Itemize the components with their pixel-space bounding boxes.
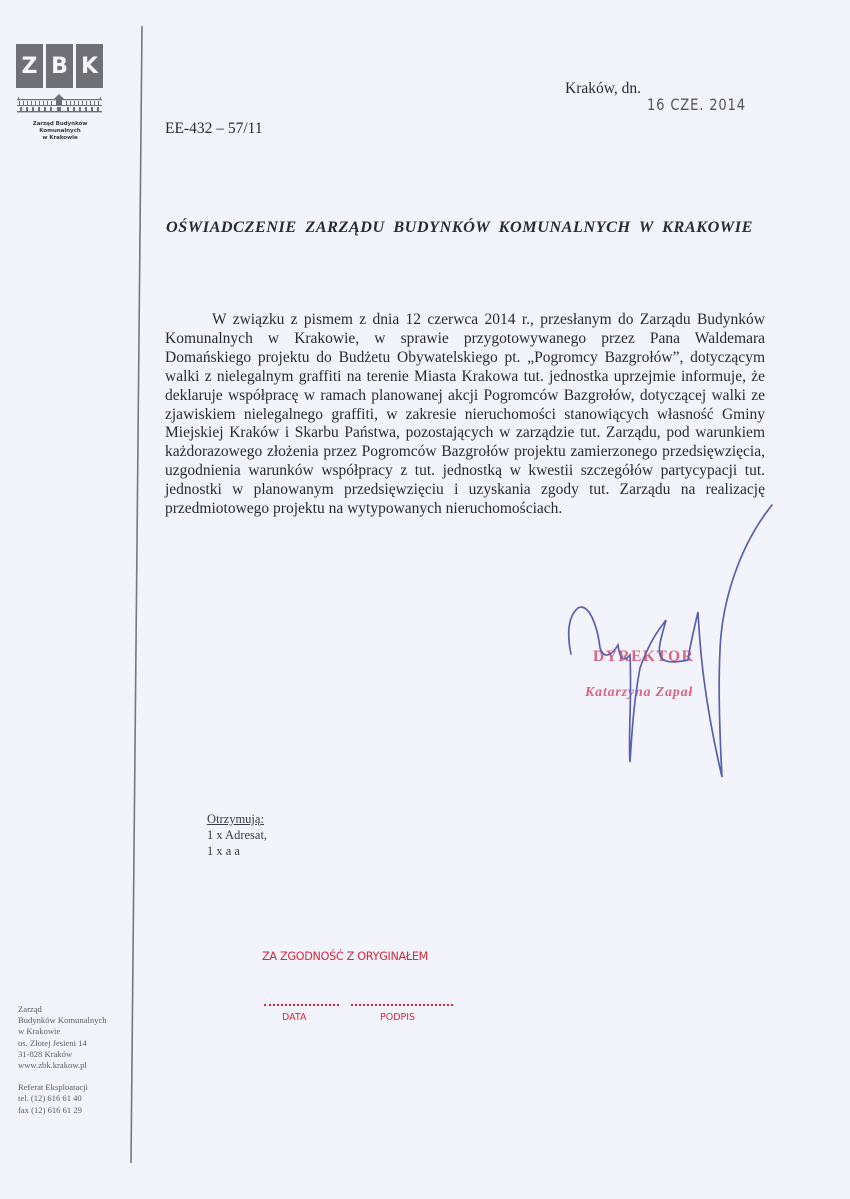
logo-caption: Zarząd Budynków Komunalnych w Krakowie <box>16 121 104 142</box>
address-line: 31-828 Kraków <box>18 1049 128 1060</box>
address-line: Zarząd <box>18 1004 128 1015</box>
address-line: os. Złotej Jesieni 14 <box>18 1038 128 1049</box>
document-title: OŚWIADCZENIE ZARZĄDU BUDYNKÓW KOMUNALNYC… <box>166 218 753 237</box>
certified-copy-title: ZA ZGODNOŚĆ Z ORYGINAŁEM <box>262 950 428 963</box>
signature-dotted-line <box>351 1004 453 1006</box>
footer-address: Zarząd Budynków Komunalnych w Krakowie o… <box>18 1004 128 1116</box>
fax-number: fax (12) 616 61 29 <box>18 1105 128 1116</box>
building-illustration-icon <box>16 94 103 114</box>
recipient-item: 1 x a a <box>207 843 267 859</box>
director-stamp-title: DYREKTOR <box>593 648 694 666</box>
logo-letters: Z B K <box>16 44 104 88</box>
director-stamp-name: Katarzyna Zapał <box>585 685 693 701</box>
recipient-item: 1 x Adresat, <box>207 827 267 843</box>
logo-letter-b: B <box>46 44 73 88</box>
document-body: W związku z pismem z dnia 12 czerwca 201… <box>165 311 765 519</box>
reference-number: EE-432 – 57/11 <box>165 120 263 138</box>
spacer <box>18 1071 128 1082</box>
department-name: Referat Eksploatacji <box>18 1082 128 1093</box>
website-link[interactable]: www.zbk.krakow.pl <box>18 1060 128 1071</box>
recipients-heading: Otrzymują: <box>207 811 267 827</box>
phone-number: tel. (12) 616 61 40 <box>18 1093 128 1104</box>
signature-label: PODPIS <box>380 1012 415 1023</box>
logo-caption-line2: w Krakowie <box>16 135 104 142</box>
logo-letter-k: K <box>76 44 103 88</box>
date-stamp: 16 CZE. 2014 <box>647 95 746 114</box>
recipients-list: Otrzymują: 1 x Adresat, 1 x a a <box>207 811 267 859</box>
logo-letter-z: Z <box>16 44 43 88</box>
logo-caption-line1: Zarząd Budynków Komunalnych <box>16 121 104 135</box>
address-line: w Krakowie <box>18 1026 128 1037</box>
date-label: DATA <box>282 1012 306 1023</box>
zbk-logo: Z B K Zarząd Budynków Komunalnych w Krak… <box>16 44 104 142</box>
place-date-label: Kraków, dn. <box>565 80 641 98</box>
address-line: Budynków Komunalnych <box>18 1015 128 1026</box>
date-dotted-line <box>264 1004 339 1006</box>
